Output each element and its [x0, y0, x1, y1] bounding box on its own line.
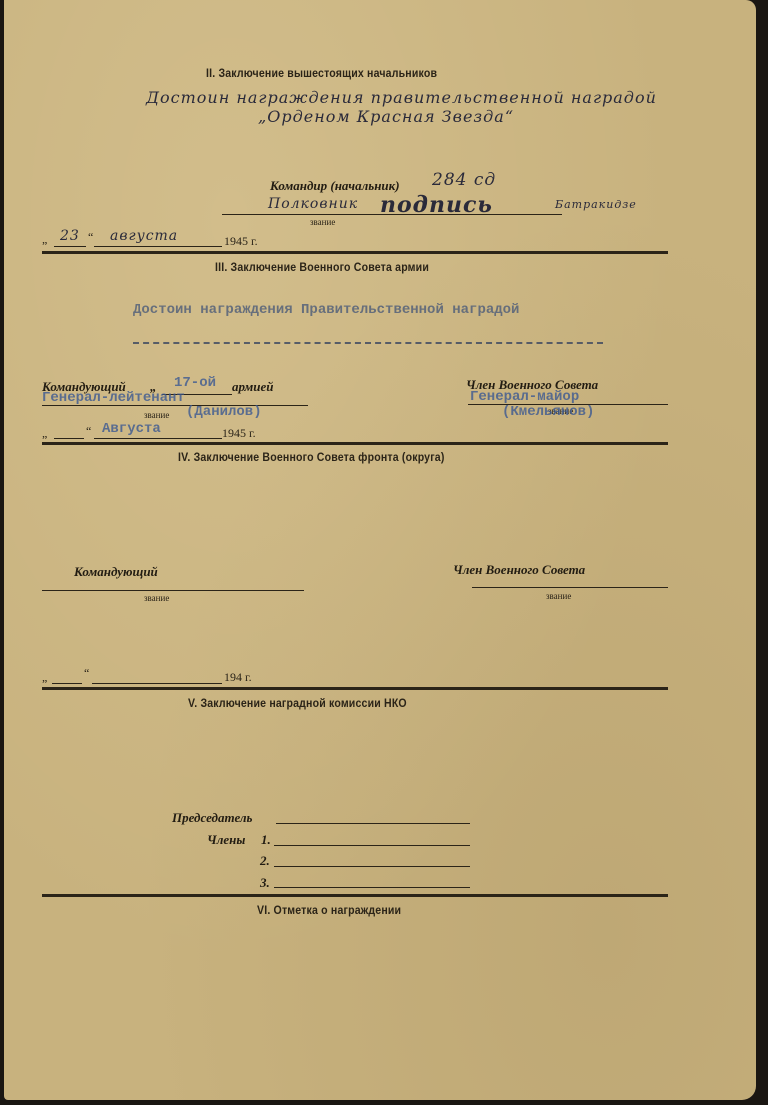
typed-conclusion-underline [133, 342, 603, 344]
chairman-label: Председатель [172, 810, 253, 826]
council-member-rank-stamp: Генерал-майор [470, 389, 579, 405]
date-month: августа [110, 228, 178, 244]
section-2-handwritten-conclusion: Достоин награждения правительственной на… [146, 88, 657, 107]
member-2-number: 2. [260, 853, 270, 869]
front-commander-rank-line [42, 590, 304, 591]
front-date-day-line [52, 683, 82, 684]
section-5-heading: V. Заключение наградной комиссии НКО [188, 696, 407, 710]
member-3-number: 3. [260, 875, 270, 891]
commander-signature: подпись [380, 192, 493, 218]
section-3-heading: III. Заключение Военного Совета армии [215, 260, 429, 274]
army-date-quote-open: „ [42, 426, 47, 441]
front-rank-caption-right: звание [546, 591, 571, 601]
date-quote-close: “ [88, 230, 93, 245]
army-number-stamp: 17-ой [174, 375, 216, 391]
front-council-member-label: Член Военного Совета [453, 562, 585, 578]
date-quote-open: „ [42, 232, 47, 247]
member-3-signature-line[interactable] [274, 887, 470, 888]
army-date-month-stamp: Августа [102, 421, 161, 437]
council-member-name-stamp: (Кмельянов) [502, 404, 594, 420]
date-month-line [94, 246, 222, 247]
section-divider [42, 442, 668, 445]
section-2-heading: II. Заключение вышестоящих начальников [206, 66, 437, 80]
member-1-signature-line[interactable] [274, 845, 470, 846]
rank-caption-left: звание [144, 410, 169, 420]
army-date-year: 1945 г. [222, 426, 256, 441]
front-date-quote-open: „ [42, 670, 47, 685]
chairman-signature-line[interactable] [276, 823, 470, 824]
front-rank-caption-left: звание [144, 593, 169, 603]
section-divider [42, 894, 668, 897]
front-date-quote-close: “ [84, 666, 89, 681]
section-divider [42, 251, 668, 254]
front-commander-label: Командующий [74, 564, 158, 580]
section-4-heading: IV. Заключение Военного Совета фронта (о… [178, 450, 445, 464]
front-date-month-line [92, 683, 222, 684]
army-label: армией [232, 379, 274, 395]
front-date-year: 194 г. [224, 670, 252, 685]
section-6-heading: VI. Отметка о награждении [257, 903, 401, 917]
army-date-month-line [94, 438, 222, 439]
army-commander-name-stamp: (Данилов) [186, 404, 262, 420]
section-2-handwritten-order: „Орденом Красная Звезда“ [258, 107, 514, 126]
member-1-number: 1. [261, 832, 271, 848]
army-date-quote-close: “ [86, 424, 91, 439]
army-commander-rank-stamp: Генерал-лейтенант [42, 390, 185, 406]
commander-rank: Полковник [268, 196, 358, 212]
date-year: 1945 г. [224, 234, 258, 249]
date-day: 23 [60, 228, 80, 244]
commander-name: Батракидзе [555, 198, 637, 211]
member-2-signature-line[interactable] [274, 866, 470, 867]
date-day-line [54, 246, 86, 247]
section-divider [42, 687, 668, 690]
rank-caption: звание [310, 217, 335, 227]
members-label: Члены [207, 832, 245, 848]
commander-unit: 284 сд [432, 170, 496, 190]
section-3-typed-conclusion: Достоин награждения Правительственной на… [133, 302, 519, 318]
army-date-day-line [54, 438, 84, 439]
front-council-member-rank-line [472, 587, 668, 588]
award-sheet-page [4, 0, 756, 1100]
